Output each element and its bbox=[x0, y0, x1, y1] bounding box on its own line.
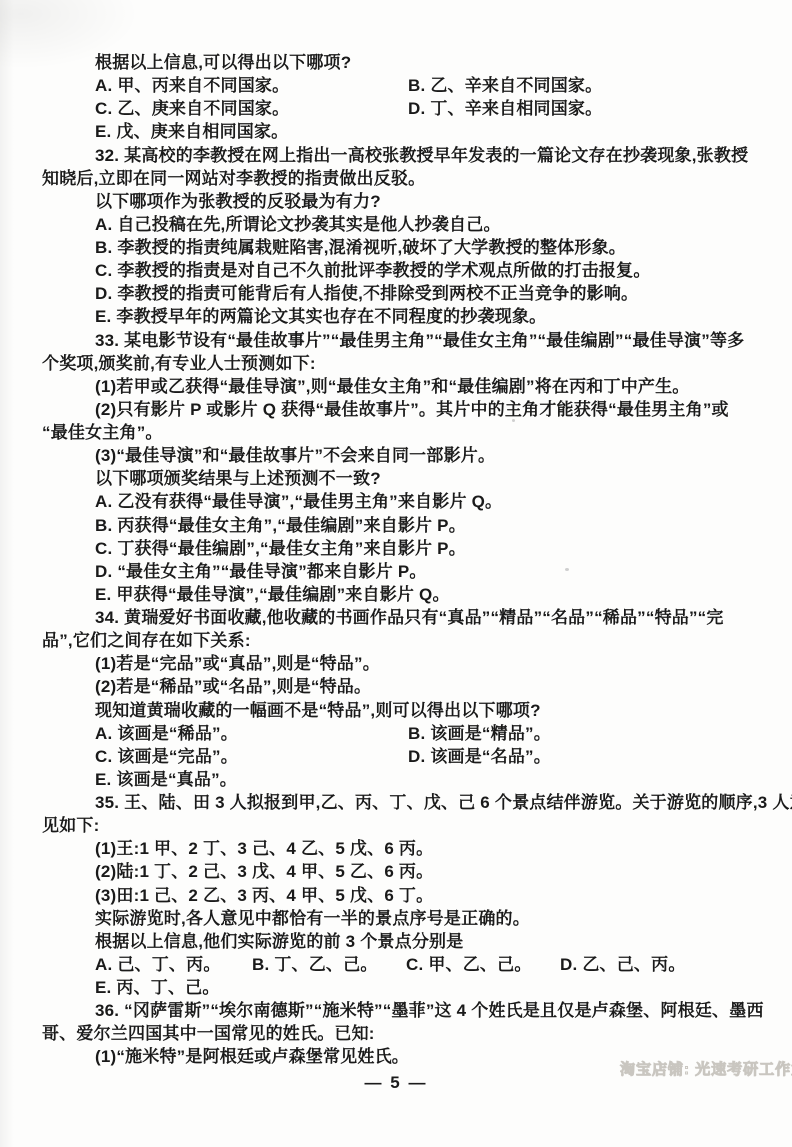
text-line: D. “最佳女主角”“最佳导演”都来自影片 P。 bbox=[42, 560, 762, 583]
watermark-text: 淘宝店铺: 光速考研工作室 bbox=[620, 1058, 792, 1079]
text-line: 个奖项,颁奖前,有专业人士预测如下: bbox=[42, 352, 762, 375]
text-line: C. 李教授的指责是对自己不久前批评李教授的学术观点所做的打击报复。 bbox=[42, 259, 762, 282]
option-cell: D. 乙、己、丙。 bbox=[560, 953, 686, 976]
option-cell: B. 丁、乙、己。 bbox=[252, 953, 378, 976]
text-line: C. 丁获得“最佳编剧”,“最佳女主角”来自影片 P。 bbox=[42, 537, 762, 560]
text-line: 36. “冈萨雷斯”“埃尔南德斯”“施米特”“墨菲”这 4 个姓氏是且仅是卢森堡… bbox=[42, 999, 762, 1022]
text-line: E. 戊、庚来自相同国家。 bbox=[42, 120, 762, 143]
text-line: 根据以上信息,他们实际游览的前 3 个景点分别是 bbox=[42, 930, 762, 953]
scan-speck bbox=[565, 568, 569, 571]
scanned-exam-page: 根据以上信息,可以得出以下哪项?A. 甲、丙来自不同国家。B. 乙、辛来自不同国… bbox=[0, 0, 792, 1147]
option-row: C. 该画是“完品”。D. 该画是“名品”。 bbox=[42, 745, 762, 768]
text-line: B. 丙获得“最佳女主角”,“最佳编剧”来自影片 P。 bbox=[42, 514, 762, 537]
text-line: 知晓后,立即在同一网站对李教授的指责做出反驳。 bbox=[42, 167, 762, 190]
text-line: 实际游览时,各人意见中都恰有一半的景点序号是正确的。 bbox=[42, 907, 762, 930]
option-row: A. 该画是“稀品”。B. 该画是“精品”。 bbox=[42, 722, 762, 745]
text-line: B. 李教授的指责纯属栽赃陷害,混淆视听,破坏了大学教授的整体形象。 bbox=[42, 236, 762, 259]
text-line: (1)王:1 甲、2 丁、3 己、4 乙、5 戊、6 丙。 bbox=[42, 837, 762, 860]
option-row: A. 己、丁、丙。B. 丁、乙、己。C. 甲、乙、己。D. 乙、己、丙。 bbox=[42, 953, 762, 976]
text-line: 以下哪项颁奖结果与上述预测不一致? bbox=[42, 467, 762, 490]
text-line: E. 甲获得“最佳导演”,“最佳编剧”来自影片 Q。 bbox=[42, 583, 762, 606]
scan-shadow-left bbox=[0, 0, 14, 1147]
option-cell: C. 甲、乙、己。 bbox=[406, 953, 532, 976]
text-line: (3)田:1 己、2 乙、3 丙、4 甲、5 戊、6 丁。 bbox=[42, 884, 762, 907]
text-line: (2)只有影片 P 或影片 Q 获得“最佳故事片”。其片中的主角才能获得“最佳男… bbox=[42, 398, 762, 421]
text-line: 哥、爱尔兰四国其中一国常见的姓氏。已知: bbox=[42, 1022, 762, 1045]
text-line: 34. 黄瑞爱好书面收藏,他收藏的书画作品只有“真品”“精品”“名品”“稀品”“… bbox=[42, 606, 762, 629]
text-line: (1)若甲或乙获得“最佳导演”,则“最佳女主角”和“最佳编剧”将在丙和丁中产生。 bbox=[42, 375, 762, 398]
option-cell: C. 乙、庚来自不同国家。 bbox=[95, 97, 289, 120]
text-line: 32. 某高校的李教授在网上指出一高校张教授早年发表的一篇论文存在抄袭现象,张教… bbox=[42, 144, 762, 167]
option-cell: C. 该画是“完品”。 bbox=[95, 745, 238, 768]
option-cell: D. 该画是“名品”。 bbox=[408, 745, 551, 768]
text-line: 根据以上信息,可以得出以下哪项? bbox=[42, 51, 762, 74]
question-text-block: 根据以上信息,可以得出以下哪项?A. 甲、丙来自不同国家。B. 乙、辛来自不同国… bbox=[42, 51, 762, 1069]
text-line: A. 乙没有获得“最佳导演”,“最佳男主角”来自影片 Q。 bbox=[42, 490, 762, 513]
option-cell: A. 甲、丙来自不同国家。 bbox=[95, 74, 289, 97]
option-row: A. 甲、丙来自不同国家。B. 乙、辛来自不同国家。 bbox=[42, 74, 762, 97]
text-line: (3)“最佳导演”和“最佳故事片”不会来自同一部影片。 bbox=[42, 444, 762, 467]
text-line: 品”,它们之间存在如下关系: bbox=[42, 629, 762, 652]
text-line: 35. 王、陆、田 3 人拟报到甲,乙、丙、丁、戊、己 6 个景点结伴游览。关于… bbox=[42, 791, 762, 814]
option-row: C. 乙、庚来自不同国家。D. 丁、辛来自相同国家。 bbox=[42, 97, 762, 120]
text-line: “最佳女主角”。 bbox=[42, 421, 762, 444]
text-line: 见如下: bbox=[42, 814, 762, 837]
text-line: 现知道黄瑞收藏的一幅画不是“特品”,则可以得出以下哪项? bbox=[42, 699, 762, 722]
text-line: 33. 某电影节设有“最佳故事片”“最佳男主角”“最佳女主角”“最佳编剧”“最佳… bbox=[42, 329, 762, 352]
text-line: (2)陆:1 丁、2 己、3 戊、4 甲、5 乙、6 丙。 bbox=[42, 860, 762, 883]
option-cell: A. 己、丁、丙。 bbox=[95, 953, 221, 976]
option-cell: B. 该画是“精品”。 bbox=[408, 722, 551, 745]
text-line: A. 自己投稿在先,所谓论文抄袭其实是他人抄袭自己。 bbox=[42, 213, 762, 236]
option-cell: A. 该画是“稀品”。 bbox=[95, 722, 238, 745]
text-line: E. 丙、丁、己。 bbox=[42, 976, 762, 999]
scan-speck bbox=[512, 419, 515, 422]
text-line: E. 该画是“真品”。 bbox=[42, 768, 762, 791]
text-line: E. 李教授早年的两篇论文其实也存在不同程度的抄袭现象。 bbox=[42, 305, 762, 328]
option-cell: B. 乙、辛来自不同国家。 bbox=[408, 74, 602, 97]
option-cell: D. 丁、辛来自相同国家。 bbox=[408, 97, 602, 120]
text-line: D. 李教授的指责可能背后有人指使,不排除受到两校不正当竞争的影响。 bbox=[42, 282, 762, 305]
text-line: (2)若是“稀品”或“名品”,则是“特品。 bbox=[42, 675, 762, 698]
text-line: 以下哪项作为张教授的反驳最为有力? bbox=[42, 190, 762, 213]
text-line: (1)若是“完品”或“真品”,则是“特品”。 bbox=[42, 652, 762, 675]
